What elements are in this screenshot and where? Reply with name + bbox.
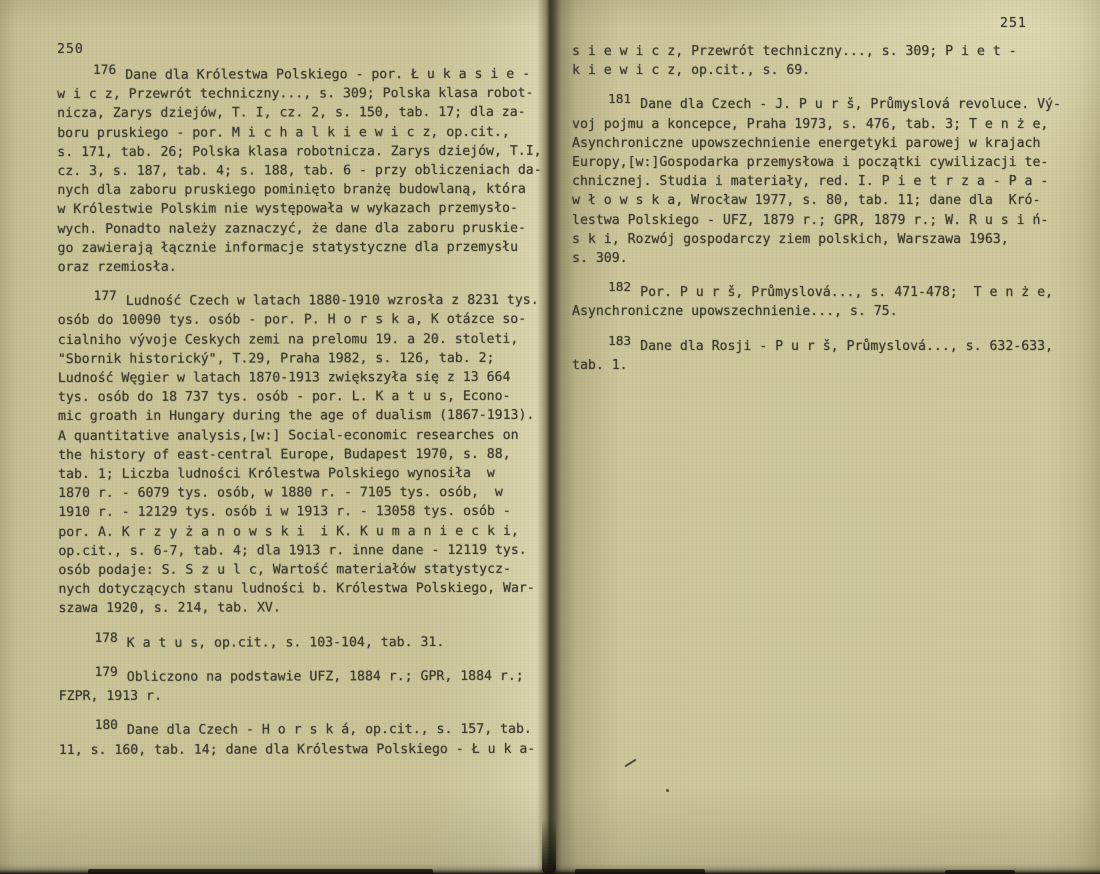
- footnote: 176Dane dla Królestwa Polskiego - por. Ł…: [57, 65, 555, 278]
- footnote-text: Dane dla Czech - J. P u r š, Průmyslová …: [572, 97, 1061, 266]
- footnote-list-right: 181Dane dla Czech - J. P u r š, Průmyslo…: [572, 95, 1066, 375]
- scan-bottom-edge: [0, 864, 1100, 874]
- footnote: 182Por. P u r š, Průmyslová..., s. 471-4…: [572, 283, 1066, 321]
- scan-edge-blob: [945, 870, 1015, 874]
- footnotes-column-right: s i e w i c z, Przewrót techniczny..., s…: [572, 42, 1066, 375]
- footnote-text: Ludność Czech w latach 1880-1910 wzrosła…: [58, 293, 539, 617]
- footnote: 178K a t u s, op.cit., s. 103-104, tab. …: [59, 632, 556, 653]
- footnote-number: 179: [95, 665, 118, 680]
- footnote-number: 176: [93, 63, 116, 78]
- footnotes-column-left: 176Dane dla Królestwa Polskiego - por. Ł…: [57, 50, 556, 760]
- scan-edge-blob: [88, 869, 433, 874]
- footnote: 177Ludność Czech w latach 1880-1910 wzro…: [58, 291, 556, 619]
- footnote-text: Por. P u r š, Průmyslová..., s. 471-478;…: [572, 285, 1053, 319]
- scan-edge-blob: [575, 869, 705, 874]
- page-number-right: 251: [1000, 16, 1027, 31]
- footnote: 179Obliczono na podstawie UFZ, 1884 r.; …: [59, 667, 556, 707]
- footnote-text: Obliczono na podstawie UFZ, 1884 r.; GPR…: [59, 669, 524, 704]
- footnote-continuation: s i e w i c z, Przewrót techniczny..., s…: [572, 42, 1066, 80]
- footnote-text: K a t u s, op.cit., s. 103-104, tab. 31.: [127, 635, 445, 651]
- paper-mark-dot: [666, 789, 669, 792]
- paper-mark-slash: [624, 759, 636, 768]
- footnote-number: 178: [95, 631, 118, 646]
- footnote-text: Dane dla Królestwa Polskiego - por. Ł u …: [57, 67, 542, 275]
- footnote: 180Dane dla Czech - H o r s k á, op.cit.…: [59, 720, 556, 760]
- footnote-number: 183: [608, 334, 631, 349]
- footnote-text: Dane dla Rosji - P u r š, Průmyslová...,…: [572, 339, 1053, 373]
- footnote-number: 181: [608, 92, 631, 107]
- footnote-continuation-text: s i e w i c z, Przewrót techniczny..., s…: [572, 44, 1017, 78]
- footnote-list-left: 176Dane dla Królestwa Polskiego - por. Ł…: [57, 65, 556, 760]
- footnote: 181Dane dla Czech - J. P u r š, Průmyslo…: [572, 95, 1066, 268]
- footnote-number: 182: [608, 280, 631, 295]
- footnote-text: Dane dla Czech - H o r s k á, op.cit., s…: [59, 722, 535, 757]
- footnote-number: 177: [94, 289, 117, 304]
- footnote: 183Dane dla Rosji - P u r š, Průmyslová.…: [572, 337, 1066, 375]
- book-spread-scan: 250 176Dane dla Królestwa Polskiego - po…: [0, 0, 1100, 874]
- footnote-number: 180: [95, 718, 118, 733]
